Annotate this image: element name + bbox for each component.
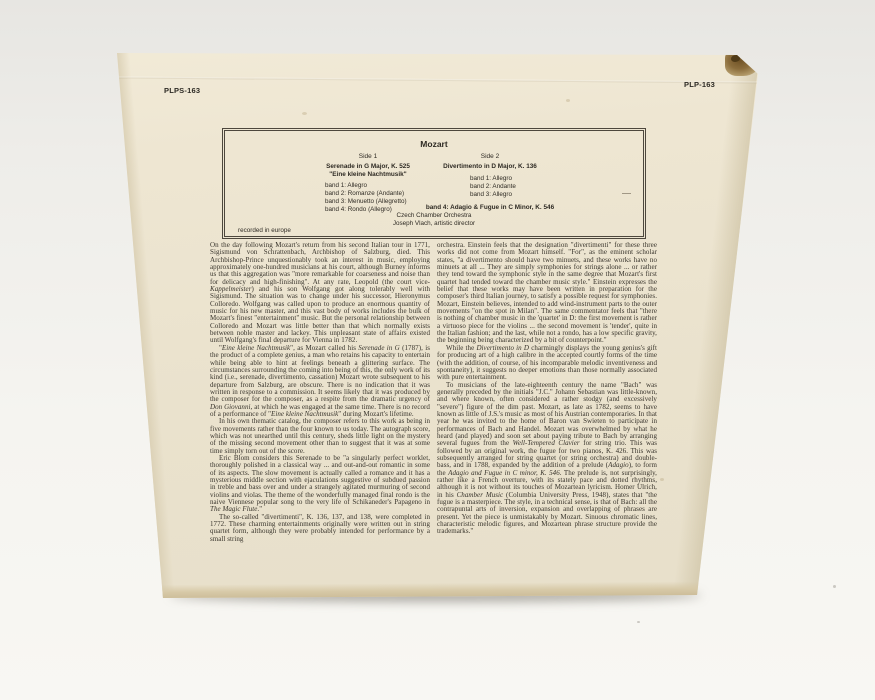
liner-notes-left-column: On the day following Mozart's return fro… [210,242,430,543]
side1-band-3: band 3: Menuetto (Allegretto) [325,198,433,206]
liner-paragraph: "Eine kleine Nachtmusik", as Mozart call… [210,345,430,418]
liner-paragraph: On the day following Mozart's return fro… [210,242,430,345]
sleeve-top-crease [117,76,759,83]
side2-band-3: band 3: Allegro [470,191,555,199]
liner-paragraph: To musicians of the late-eighteenth cent… [437,382,657,536]
foxing-speck [302,112,307,115]
side2-band-2: band 2: Andante [470,183,555,191]
sleeve-left-edge [114,47,176,606]
catalog-number-left: PLPS-163 [164,86,200,95]
liner-paragraph: orchestra. Einstein feels that the desig… [437,242,657,345]
side2-work-title: Divertimento in D Major, K. 136 [425,163,555,171]
orchestra-credit: Czech Chamber Orchestra Joseph Vlach, ar… [225,212,643,228]
side1-band-1: band 1: Allegro [325,182,433,190]
tracklist-box: Mozart Side 1 Serenade in G Major, K. 52… [224,130,644,237]
sleeve-right-edge [672,55,759,602]
side2-band-1: band 1: Allegro [470,175,555,183]
side1-band-2: band 2: Romanze (Andante) [325,190,433,198]
foxing-speck [660,478,664,481]
side1-work-title: Serenade in G Major, K. 525 [303,163,433,171]
side1-work-subtitle: "Eine kleine Nachtmusik" [303,171,433,179]
foxing-speck [566,99,570,102]
side2-band-list: band 1: Allegro band 2: Andante band 3: … [425,175,555,199]
liner-paragraph: While the Divertimento in D charmingly d… [437,345,657,382]
album-title: Mozart [225,139,643,149]
side2-section: Side 2 Divertimento in D Major, K. 136 b… [425,153,555,211]
side1-section: Side 1 Serenade in G Major, K. 525 "Eine… [303,153,433,214]
recorded-in-europe-note: recorded in europe [238,227,291,234]
side1-band-list: band 1: Allegro band 2: Romanze (Andante… [303,182,433,214]
orchestra-name: Czech Chamber Orchestra [225,212,643,220]
backdrop-speck [833,585,836,588]
record-sleeve-back: PLPS-163 PLP-163 Mozart Side 1 Serenade … [0,0,875,700]
side1-label: Side 1 [303,153,433,160]
liner-notes-right-column: orchestra. Einstein feels that the desig… [437,242,657,536]
corner-damage-spot [725,47,760,76]
side2-label: Side 2 [425,153,555,160]
catalog-number-right: PLP-163 [684,80,715,89]
side2-band-4: band 4: Adagio & Fugue in C Minor, K. 54… [425,204,555,211]
backdrop-speck [637,621,640,623]
liner-paragraph: The so-called "divertimenti", K. 136, 13… [210,514,430,543]
liner-paragraph: Eric Blom considers this Serenade to be … [210,455,430,514]
photo-backdrop: PLPS-163 PLP-163 Mozart Side 1 Serenade … [0,0,875,700]
liner-paragraph: In his own thematic catalog, the compose… [210,418,430,455]
